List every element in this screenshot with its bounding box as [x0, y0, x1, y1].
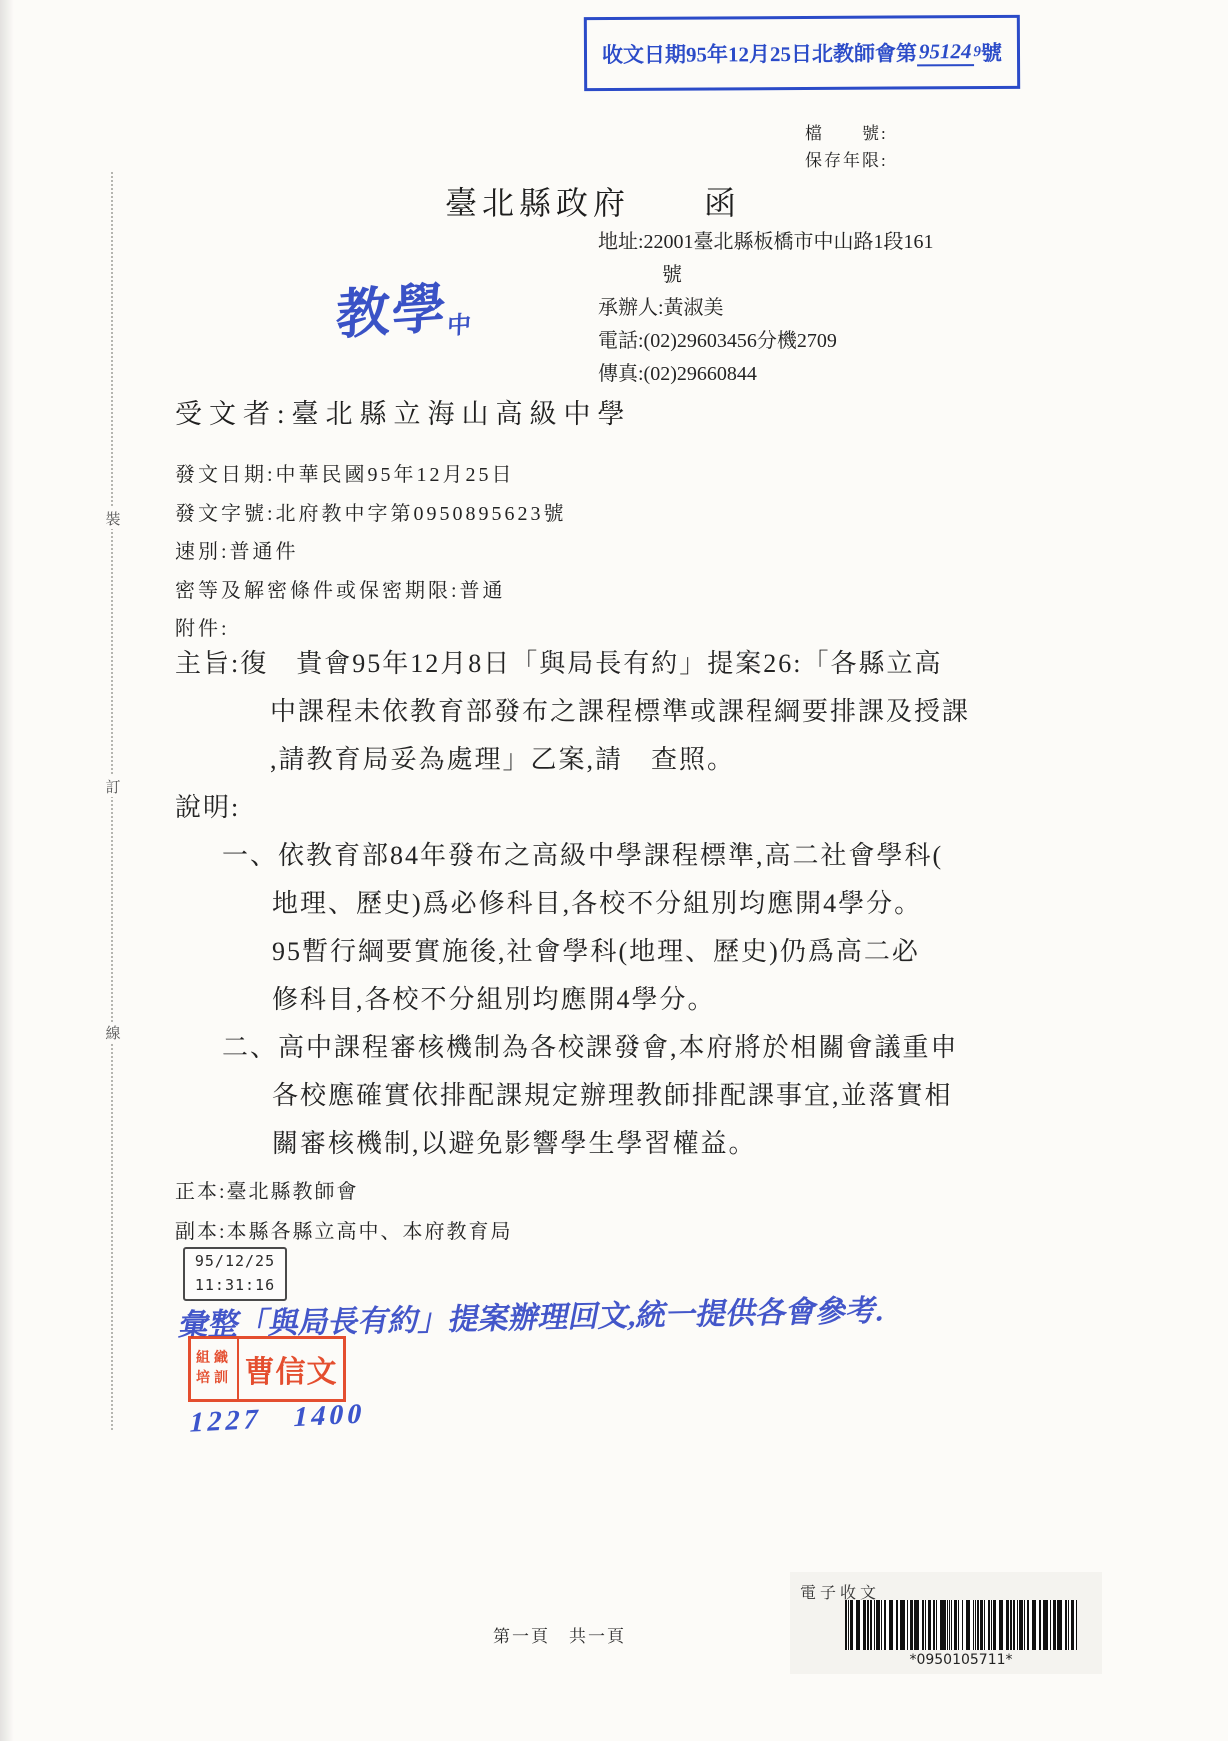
binding-mark: 訂 [103, 776, 123, 797]
file-meta: 檔 號: 保存年限: [805, 120, 888, 174]
explanation-item1-line: 一、依教育部84年發布之高級中學課程標準,高二社會學科( [175, 832, 1075, 880]
document-title: 臺北縣政府 函 [445, 178, 741, 224]
red-name-stamp: 組織 培訓 曹信文 [188, 1336, 346, 1402]
explanation-item2-line: 關審核機制,以避免影響學生學習權益。 [175, 1120, 1075, 1168]
issue-date: 發文日期:中華民國95年12月25日 [175, 456, 567, 495]
received-time: 11:31:16 [185, 1273, 285, 1297]
cc-copy-line: 副本:本縣各縣立高中、本府教育局 [175, 1212, 513, 1252]
original-copy-line: 正本:臺北縣教師會 [175, 1172, 513, 1212]
subject-line: 主旨:復 貴會95年12月8日「與局長有約」提案26:「各縣立高 [175, 640, 1075, 688]
speed-class: 速別:普通件 [175, 533, 567, 572]
handwritten-routing-sub: 中 [447, 312, 472, 340]
binding-dotted-line [111, 172, 113, 1430]
explanation-item2-line: 各校應確實依排配課規定辦理教師排配課事宜,並落實相 [175, 1072, 1075, 1120]
agency-address-line1: 地址:22001臺北縣板橋市中山路1段161 [598, 226, 934, 259]
security-class: 密等及解密條件或保密期限:普通 [175, 572, 567, 611]
handwritten-numbers: 1227 1400 [186, 1391, 370, 1441]
document-fields: 發文日期:中華民國95年12月25日 發文字號:北府教中字第0950895623… [175, 456, 567, 649]
agency-address-line2: 號 [598, 259, 934, 292]
received-stamp-suffix: 號 [981, 37, 1002, 67]
handwritten-routing-note: 教學中 [335, 263, 473, 350]
binding-mark: 裝 [103, 508, 123, 529]
retention-label: 保存年限: [805, 147, 888, 174]
red-stamp-unit-bottom: 培訓 [191, 1369, 237, 1389]
explanation-item1-line: 修科目,各校不分組別均應開4學分。 [175, 976, 1075, 1024]
explanation-item1-line: 地理、歷史)爲必修科目,各校不分組別均應開4學分。 [175, 880, 1075, 928]
subject-line: ,請教育局妥為處理」乙案,請 查照。 [175, 736, 1075, 784]
explanation-item2-line: 二、高中課程審核機制為各校課發會,本府將於相關會議重申 [175, 1024, 1075, 1072]
barcode-text: *0950105711* [845, 1652, 1077, 1668]
page-indicator: 第一頁 共一頁 [493, 1622, 626, 1647]
issue-number: 發文字號:北府教中字第0950895623號 [175, 495, 567, 534]
agency-fax: 傳真:(02)29660844 [598, 358, 934, 391]
red-stamp-unit: 組織 培訓 [191, 1339, 239, 1399]
red-stamp-name: 曹信文 [239, 1339, 343, 1399]
explanation-label: 說明: [175, 784, 1075, 832]
red-stamp-unit-top: 組織 [191, 1349, 237, 1369]
received-stamp-number: 95124 [917, 39, 974, 66]
file-no-label: 檔 號: [805, 120, 888, 147]
subject-line: 中課程未依教育部發布之課程標準或課程綱要排課及授課 [175, 688, 1075, 736]
received-stamp: 收文日期95年12月25日北教師會第951249號 [584, 15, 1020, 91]
agency-phone: 電話:(02)29603456分機2709 [598, 325, 934, 358]
barcode [845, 1600, 1077, 1650]
scanned-official-letter: 收文日期95年12月25日北教師會第951249號 檔 號: 保存年限: 臺北縣… [0, 0, 1228, 1741]
explanation-item1-line: 95暫行綱要實施後,社會學科(地理、歷史)仍爲高二必 [175, 928, 1075, 976]
received-timestamp-box: 95/12/25 11:31:16 [183, 1247, 287, 1301]
letter-body: 主旨:復 貴會95年12月8日「與局長有約」提案26:「各縣立高 中課程未依教育… [175, 640, 1075, 1168]
received-stamp-text: 收文日期95年12月25日北教師會第 [602, 37, 917, 69]
handwritten-routing-main: 教學 [335, 278, 449, 346]
received-stamp-superscript: 9 [973, 44, 981, 61]
agency-contact-person: 承辦人:黃淑美 [598, 292, 934, 325]
binding-mark: 線 [103, 1022, 123, 1043]
agency-contact-block: 地址:22001臺北縣板橋市中山路1段161 號 承辦人:黃淑美 電話:(02)… [598, 226, 934, 391]
recipient-line: 受文者:臺北縣立海山高級中學 [175, 392, 632, 431]
copies-block: 正本:臺北縣教師會 副本:本縣各縣立高中、本府教育局 [175, 1172, 513, 1252]
received-date: 95/12/25 [185, 1249, 285, 1273]
